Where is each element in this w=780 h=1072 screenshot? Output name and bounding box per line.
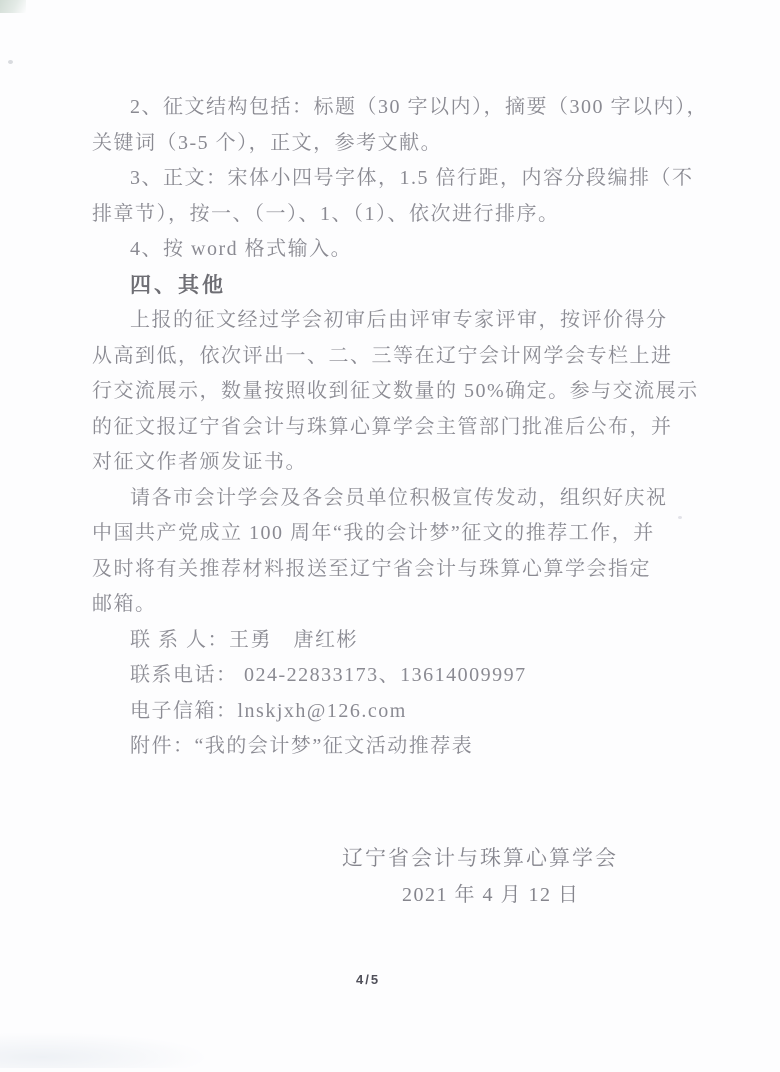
attachment-line: 附件：“我的会计梦”征文活动推荐表 (92, 729, 712, 765)
contact-email-line: 电子信箱：lnskjxh@126.com (92, 694, 712, 730)
document-page: 2、征文结构包括：标题（30 字以内），摘要（300 字以内）， 关键词（3-5… (0, 0, 780, 1072)
section-heading-other: 四、其他 (92, 268, 712, 304)
paragraph-review-line-4: 的征文报辽宁省会计与珠算心算学会主管部门批准后公布，并 (92, 410, 712, 446)
list-item-4-word-format: 4、按 word 格式输入。 (92, 232, 712, 268)
signature-date: 2021 年 4 月 12 日 (402, 878, 580, 907)
contact-phone-line: 联系电话： 024-22833173、13614009997 (92, 658, 712, 694)
document-body: 2、征文结构包括：标题（30 字以内），摘要（300 字以内）， 关键词（3-5… (92, 90, 712, 765)
scan-smudge (0, 1032, 210, 1068)
list-item-2-structure: 2、征文结构包括：标题（30 字以内），摘要（300 字以内）， (92, 90, 712, 126)
contact-person-line: 联 系 人：王勇 唐红彬 (92, 623, 712, 659)
list-item-3-body-format: 3、正文：宋体小四号字体，1.5 倍行距，内容分段编排（不 (92, 161, 712, 197)
paragraph-promotion-line-3: 及时将有关推荐材料报送至辽宁省会计与珠算心算学会指定 (92, 552, 712, 588)
scan-speck (8, 60, 13, 64)
paragraph-review-line-3: 行交流展示，数量按照收到征文数量的 50%确定。参与交流展示 (92, 374, 712, 410)
paragraph-promotion-line-2: 中国共产党成立 100 周年“我的会计梦”征文的推荐工作，并 (92, 516, 712, 552)
scan-artifact-corner (0, 0, 26, 13)
paragraph-promotion-line-1: 请各市会计学会及各会员单位积极宣传发动，组织好庆祝 (92, 481, 712, 517)
signature-organization: 辽宁省会计与珠算心算学会 (342, 842, 618, 872)
paragraph-review-line-2: 从高到低，依次评出一、二、三等在辽宁会计网学会专栏上进 (92, 339, 712, 375)
page-number: 4/5 (356, 972, 380, 987)
paragraph-review-line-1: 上报的征文经过学会初审后由评审专家评审，按评价得分 (92, 303, 712, 339)
paragraph-promotion-line-4: 邮箱。 (92, 587, 712, 623)
paragraph-review-line-5: 对征文作者颁发证书。 (92, 445, 712, 481)
list-item-3-continuation: 排章节），按一、（一）、1、（1）、依次进行排序。 (92, 197, 712, 233)
list-item-2-continuation: 关键词（3-5 个），正文，参考文献。 (92, 126, 712, 162)
